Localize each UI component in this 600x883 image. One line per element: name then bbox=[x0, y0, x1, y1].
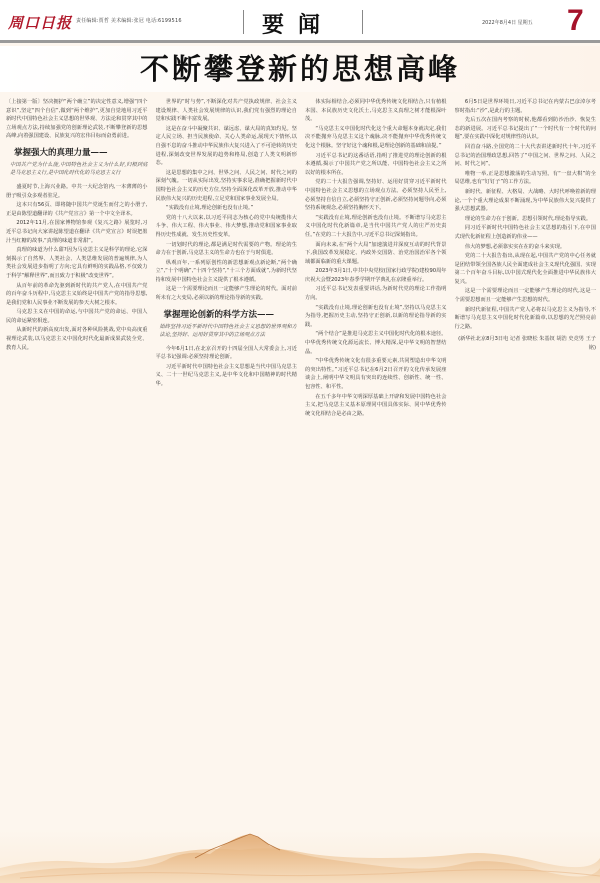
section-title: 要闻 bbox=[262, 8, 334, 39]
section-heading-1: 掌握强大的真理力量—— bbox=[14, 147, 148, 159]
header-rule bbox=[0, 40, 600, 43]
paragraph: “实践没有止境,理论创新也没有止境”,坚持以马克思主义为指导,把握历史主动,坚持… bbox=[305, 304, 447, 330]
paragraph: 习近平总书记的这番话语,指明了推进党的理论创新的根本遵循,揭示了中国共产党之所以… bbox=[305, 152, 447, 178]
paragraph: “两个结合”是推进马克思主义中国化时代化的根本途径。中华优秀传统文化源远流长、博… bbox=[305, 330, 447, 356]
paragraph: 这是一个需要理论而且一定能够产生理论的时代,这是一个需要思想而且一定能够产生思想… bbox=[455, 287, 597, 304]
paragraph: 马克思主义在中国的命运,与中国共产党的命运、中国人民的命运紧密相连。 bbox=[6, 308, 148, 325]
paragraph: 在五千多年中华文明深厚基础上开辟和发展中国特色社会主义,把马克思主义基本原理同中… bbox=[305, 393, 447, 419]
paragraph: 这是在奋斗中凝聚共识、谋远虑、谋大局的真知灼见。坚定人民立场、担当民族使命、关心… bbox=[156, 125, 298, 168]
mountain-watercolor-icon bbox=[0, 828, 600, 883]
section-subtitle-1: 中国共产党为什么能,中国特色社会主义为什么好,归根到底是马克思主义行,是中国化时… bbox=[6, 161, 148, 177]
paragraph: 盛夏时节,上海兴业路。中共一大纪念馆内,一本薄薄的小册子吸引众多观者驻足。 bbox=[6, 183, 148, 200]
paragraph: 从百年前的革命先驱到新时代的共产党人,在中国共产党的百年奋斗历程中,马克思主义始… bbox=[6, 282, 148, 308]
paragraph: 2023年3月1日,中共中央党校(国家行政学院)建校90周年庆祝大会暨2023年… bbox=[305, 267, 447, 284]
paragraph: 习近平总书记发表重要讲话,为新时代党的理论工作指明方向。 bbox=[305, 285, 447, 302]
paragraph: “马克思主义中国化时代化这个重大命题本身就决定,我们决不能抛弃马克思主义这个魂脉… bbox=[305, 125, 447, 151]
great-wall-illustration bbox=[0, 828, 600, 883]
column-2: 世界的“时与势”,不断深化对共产党执政规律、社会主义建设规律、人类社会发展规律的… bbox=[156, 98, 298, 818]
paragraph: 今年6月1日,在北京召开的十四届全国人大常委会上,习近平总书记强调:必须坚持理论… bbox=[156, 345, 298, 362]
paragraph: 真理的味道为什么甜?因为马克思主义是科学的理论,它深刻揭示了自然界、人类社会、人… bbox=[6, 246, 148, 280]
paragraph: 新时代新征程,中国共产党人必将以马克思主义为指导,不断谱写马克思主义中国化时代化… bbox=[455, 306, 597, 332]
paragraph: 这是思想的集中之问、世界之问、人民之问、时代之问的深刻气魄。一切从实际出发,坚持… bbox=[156, 169, 298, 203]
section-heading-2: 掌握理论创新的科学方法—— bbox=[164, 309, 298, 321]
divider-left bbox=[243, 10, 244, 34]
paragraph: 党的二十大报告强调,坚持好、运用好贯穿习近平新时代中国特色社会主义思想的立场观点… bbox=[305, 178, 447, 212]
paragraph: 这本只有56页、即将随中国共产党诞生而付之的小册子,正是由陈望道翻译的《共产党宣… bbox=[6, 201, 148, 218]
paragraph: 6月5日是世界环境日,习近平总书记在内蒙古巴彦淖尔考察时指出:“沙”,是此行的主… bbox=[455, 98, 597, 115]
paragraph: 回首奋斗路,全国党的二十大代表讲述新时代十年,习近平总书记的治国理政思想,回答了… bbox=[455, 143, 597, 169]
divider-right bbox=[362, 10, 363, 34]
paragraph: 习近平新时代中国特色社会主义思想是当代中国马克思主义、二十一世纪马克思主义,是中… bbox=[156, 363, 298, 389]
paragraph: 先后五次在国内考察的时候,他都看到防沙治沙、恢复生态的新进展。习近平总书记提出了… bbox=[455, 116, 597, 142]
paragraph: 同习近平新时代中国特色社会主义思想的指引下,在中国式现代化新征程上创造新的伟业—… bbox=[455, 224, 597, 241]
article-headline: 不断攀登新的思想高峰 bbox=[0, 46, 600, 92]
issue-date: 2022年8月4日 星期五 bbox=[482, 19, 533, 26]
editor-credits: 责任编辑:贾哲 美术编辑:张冠 电话:6199516 bbox=[76, 17, 182, 24]
paragraph: 2012年11月,在国家博物馆参观《复兴之路》展览时,习近平总书记向大家讲起陈望… bbox=[6, 219, 148, 245]
paragraph: 一切划时代的理论,都是满足时代需要的产物。理论的生命力在于创新,马克思主义的生命… bbox=[156, 241, 298, 258]
masthead: 周口日报 责任编辑:贾哲 美术编辑:张冠 电话:6199516 要闻 2022年… bbox=[0, 0, 600, 40]
paragraph: “中华优秀传统文化有很多重要元素,共同塑造出中华文明的突出特性。”习近平总书记在… bbox=[305, 357, 447, 391]
lead-paragraph: 〔上接第一版〕坚决拥护“两个确立”的决定性意义,增强“四个意识”,坚定“四个自信… bbox=[6, 98, 148, 141]
paragraph: 这是一个需要理论而且一定能够产生理论的时代。面对前所未有之大变局,必须以新的理论… bbox=[156, 285, 298, 302]
paragraph: “实践没有止境,理论创新也没有止境。不断谱写马克思主义中国化时代化新篇章,是当代… bbox=[305, 214, 447, 240]
column-4: 6月5日是世界环境日,习近平总书记在内蒙古巴彦淖尔考察时指出:“沙”,是此行的主… bbox=[455, 98, 597, 818]
section-subtitle-2: 始终坚持习近平新时代中国特色社会主义思想的世界观和方法论,坚持好、运用好贯穿其中… bbox=[156, 323, 298, 339]
paragraph: 唯物一举,正是思想激荡的生动写照。有“一盘大棋”的全局思维,也有“钉钉子”的工作… bbox=[455, 170, 597, 187]
paragraph: 纵观百年,一系列原创性的新思想新观点新论断,“两个确立”,“十个明确”,“十四个… bbox=[156, 259, 298, 285]
paragraph: 理论的生命力在于创新。思想引领时代,理论指导实践。 bbox=[455, 215, 597, 224]
paragraph: 体实际相结合,必须同中华优秀传统文化相结合,只有植根本国、本民族历史文化沃土,马… bbox=[305, 98, 447, 124]
page-number: 7 bbox=[567, 4, 584, 38]
paragraph: 党的十八大以来,以习近平同志为核心的党中央统揽伟大斗争、伟大工程、伟大事业、伟大… bbox=[156, 214, 298, 240]
paragraph: 从新时代的新高度出发,面对各种风险挑战,党中央高度重视理论武装,以马克思主义中国… bbox=[6, 326, 148, 352]
paragraph: 新时代、新征程、大格局、大战略、大时代呼唤着新的理论,一个个重大理论成果不断涌现… bbox=[455, 188, 597, 214]
paragraph: 世界的“时与势”,不断深化对共产党执政规律、社会主义建设规律、人类社会发展规律的… bbox=[156, 98, 298, 124]
paragraph: “实践没有止境,理论创新也没有止境。” bbox=[156, 204, 298, 213]
column-3: 体实际相结合,必须同中华优秀传统文化相结合,只有植根本国、本民族历史文化沃土,马… bbox=[305, 98, 447, 818]
column-1: 〔上接第一版〕坚决拥护“两个确立”的决定性意义,增强“四个意识”,坚定“四个自信… bbox=[6, 98, 148, 818]
article-byline: (新华社北京8月3日电 记者 张晓松 朱基钗 胡浩 史竞男 王子铭) bbox=[455, 335, 597, 352]
paragraph: 伟大的梦想,必须靠实实在在的奋斗来实现。 bbox=[455, 243, 597, 252]
newspaper-logo: 周口日报 bbox=[8, 12, 72, 33]
paragraph: 面向未来,在“两个大局”加速演进并深度互动的时代背景下,我国改革发展稳定、内政外… bbox=[305, 241, 447, 267]
article-body: 〔上接第一版〕坚决拥护“两个确立”的决定性意义,增强“四个意识”,坚定“四个自信… bbox=[6, 98, 596, 818]
paragraph: 党的二十大报告指出,从现在起,中国共产党的中心任务就是团结带领全国各族人民全面建… bbox=[455, 252, 597, 286]
